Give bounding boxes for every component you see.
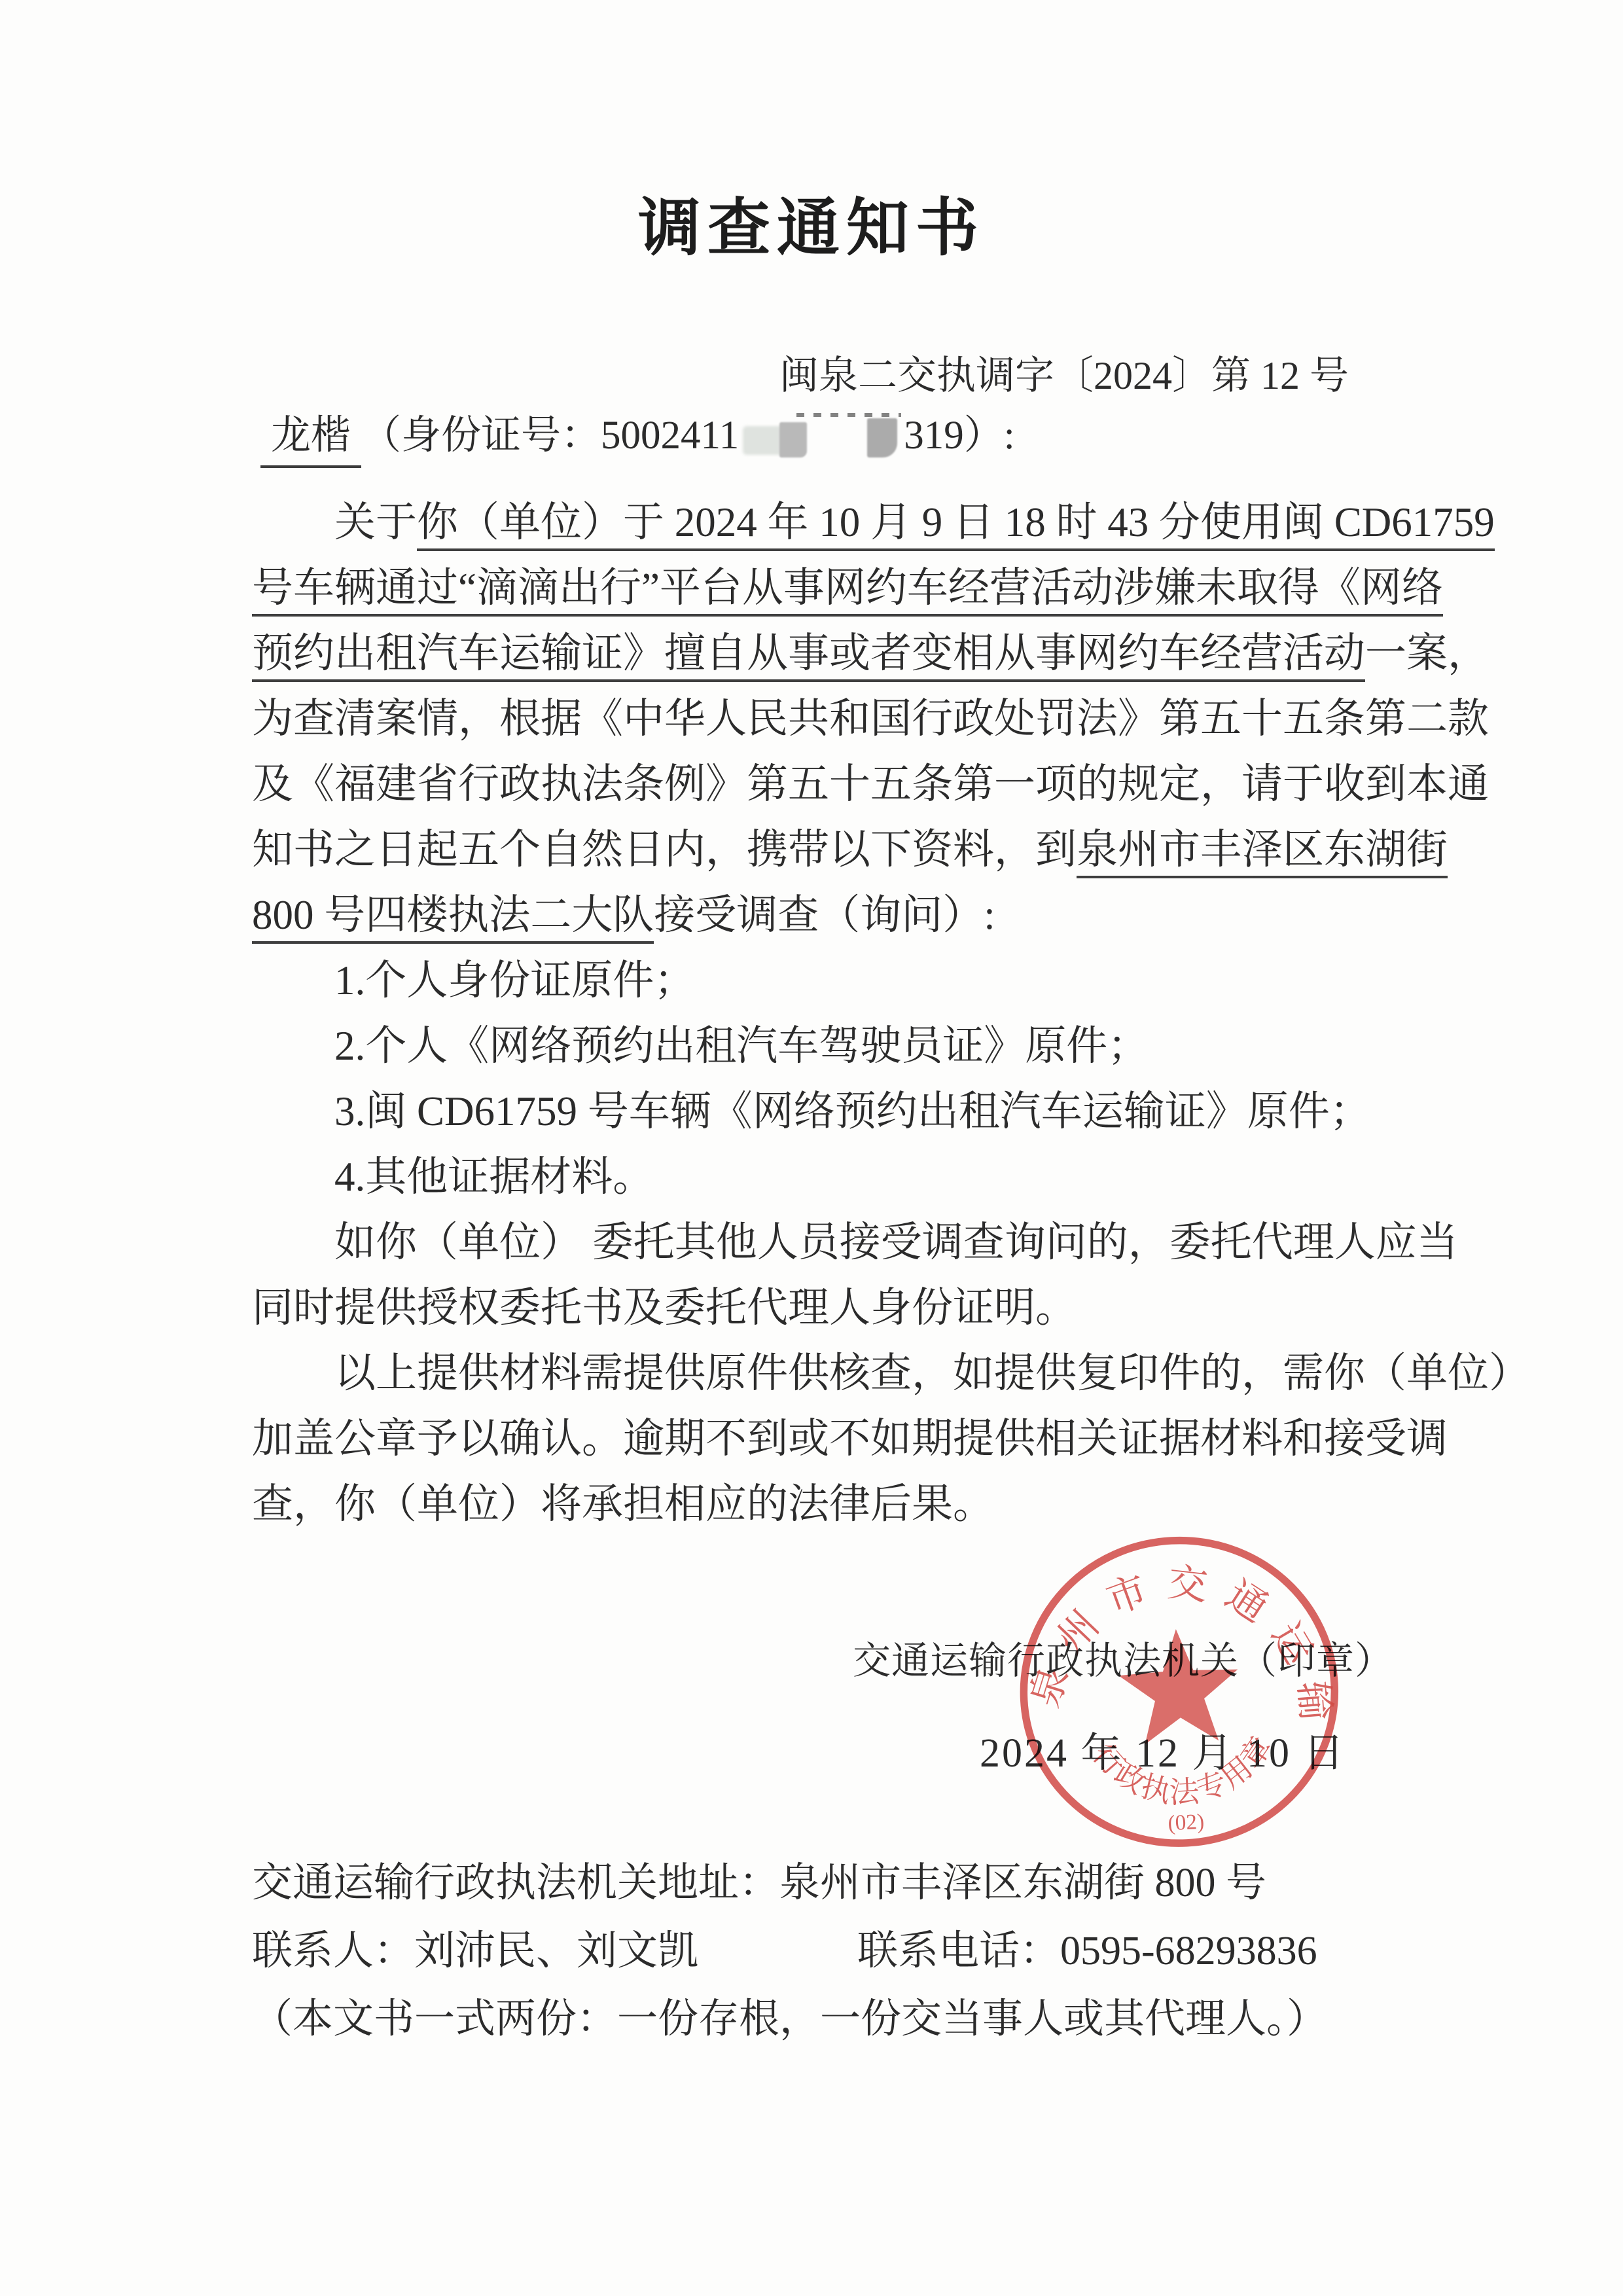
id-number-suffix: 319）: — [904, 414, 1014, 457]
body-line: 号车辆通过“滴滴出行”平台从事网约车经营活动涉嫌未取得《网络 — [252, 555, 1384, 620]
contact-phone: 联系电话：0595-68293836 — [857, 1918, 1317, 1976]
body-lines: 关于你（单位）于 2024 年 10 月 9 日 18 时 43 分使用闽 CD… — [252, 490, 1384, 1537]
plain-text: 接受调查（询问）: — [654, 892, 995, 938]
body-line: 1.个人身份证原件； — [252, 948, 1384, 1013]
plain-text: 4.其他证据材料。 — [334, 1154, 654, 1200]
body-line: 为查清案情，根据《中华人民共和国行政处罚法》第五十五条第二款 — [252, 686, 1384, 751]
body-line: 查，你（单位）将承担相应的法律后果。 — [252, 1471, 1384, 1537]
body-line: 知书之日起五个自然日内，携带以下资料，到泉州市丰泽区东湖街 — [252, 817, 1384, 882]
body-line: 800 号四楼执法二大队接受调查（询问）: — [252, 882, 1384, 948]
redaction-dashes — [796, 413, 901, 417]
seal-sub-number: (02) — [1168, 1810, 1205, 1836]
footer-contacts: 联系人：刘沛民、刘文凯 联系电话：0595-68293836 — [252, 1918, 1384, 1976]
body-line: 关于你（单位）于 2024 年 10 月 9 日 18 时 43 分使用闽 CD… — [252, 490, 1384, 555]
plain-text: 同时提供授权委托书及委托代理人身份证明。 — [252, 1285, 1077, 1331]
seal-ring — [1016, 1533, 1343, 1852]
issue-date: 2024 年 12 月 10 日 — [980, 1720, 1346, 1778]
plain-text: 知书之日起五个自然日内，携带以下资料，到 — [252, 827, 1077, 872]
plain-text: 一案， — [1365, 630, 1489, 676]
addressee-name: 龙楷 — [260, 409, 361, 468]
plain-text: 为查清案情，根据《中华人民共和国行政处罚法》第五十五条第二款 — [252, 696, 1489, 742]
body-line: 加盖公章予以确认。逾期不到或不如期提供相关证据材料和接受调 — [252, 1406, 1384, 1471]
plain-text: 查，你（单位）将承担相应的法律后果。 — [252, 1481, 994, 1527]
body-line: 3.闽 CD61759 号车辆《网络预约出租汽车运输证》原件； — [252, 1079, 1384, 1144]
notice-document: 调查通知书 闽泉二交执调字〔2024〕第 12 号 龙楷（身份证号：500241… — [0, 0, 1623, 2296]
underlined-text: 你（单位）于 2024 年 10 月 9 日 18 时 43 分使用闽 CD61… — [417, 499, 1495, 551]
plain-text: 2.个人《网络预约出租汽车驾驶员证》原件； — [334, 1023, 1149, 1069]
underlined-text: 预约出租汽车运输证》擅自从事或者变相从事网约车经营活动 — [252, 630, 1365, 682]
underlined-text: 号车辆通过“滴滴出行”平台从事网约车经营活动涉嫌未取得《网络 — [252, 565, 1443, 617]
underlined-text: 泉州市丰泽区东湖街 — [1077, 827, 1448, 878]
page-title: 调查通知书 — [0, 178, 1623, 268]
underlined-text: 800 号四楼执法二大队 — [252, 892, 654, 944]
body-line: 及《福建省行政执法条例》第五十五条第一项的规定，请于收到本通 — [252, 751, 1384, 817]
official-seal-stamp: 泉州市交通运输 行政执法专用章 (02) — [1007, 1524, 1351, 1863]
addressee-line: 龙楷（身份证号：5002411319）: — [260, 403, 1015, 469]
redaction-blur — [739, 412, 904, 457]
body-line: 同时提供授权委托书及委托代理人身份证明。 — [252, 1275, 1384, 1340]
body-line: 2.个人《网络预约出租汽车驾驶员证》原件； — [252, 1013, 1384, 1079]
document-number: 闽泉二交执调字〔2024〕第 12 号 — [779, 344, 1349, 401]
plain-text: 及《福建省行政执法条例》第五十五条第一项的规定，请于收到本通 — [252, 761, 1489, 807]
plain-text: 3.闽 CD61759 号车辆《网络预约出租汽车运输证》原件； — [334, 1088, 1371, 1134]
body-line: 以上提供材料需提供原件供核查，如提供复印件的，需你（单位） — [252, 1340, 1384, 1406]
footer-address: 交通运输行政执法机关地址：泉州市丰泽区东湖街 800 号 — [252, 1850, 1266, 1908]
plain-text: 以上提供材料需提供原件供核查，如提供复印件的，需你（单位） — [334, 1350, 1530, 1396]
body-line: 4.其他证据材料。 — [252, 1144, 1384, 1210]
issuer-signature: 交通运输行政执法机关（印章） — [853, 1630, 1393, 1685]
body-line: 如你（单位） 委托其他人员接受调查询问的，委托代理人应当 — [252, 1210, 1384, 1275]
plain-text: 关于 — [334, 499, 417, 545]
plain-text: 加盖公章予以确认。逾期不到或不如期提供相关证据材料和接受调 — [252, 1416, 1448, 1462]
contact-person: 联系人：刘沛民、刘文凯 — [252, 1929, 698, 1973]
id-number-prefix: （身份证号：5002411 — [361, 414, 739, 457]
plain-text: 如你（单位） 委托其他人员接受调查询问的，委托代理人应当 — [334, 1219, 1458, 1265]
footer-copies-note: （本文书一式两份：一份存根，一份交当事人或其代理人。） — [252, 1986, 1327, 2044]
plain-text: 1.个人身份证原件； — [334, 958, 695, 1003]
body-line: 预约出租汽车运输证》擅自从事或者变相从事网约车经营活动一案， — [252, 620, 1384, 686]
